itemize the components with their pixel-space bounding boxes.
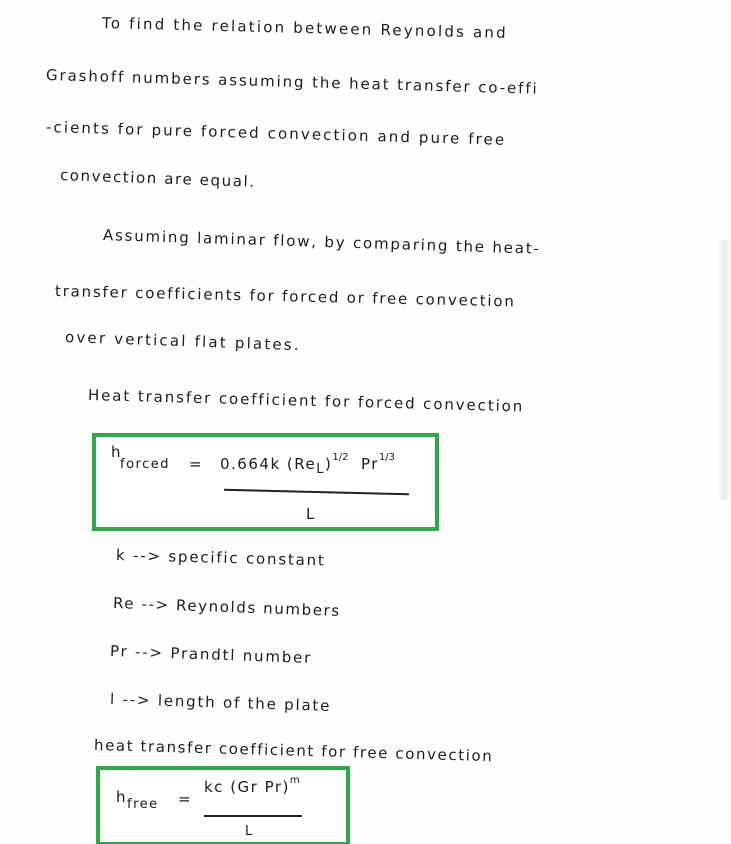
forced-convection-heading: Heat transfer coefficient for forced con… bbox=[88, 386, 525, 415]
free-numerator: kc (Gr Pr)m bbox=[204, 778, 300, 796]
forced-denominator: L bbox=[306, 505, 316, 523]
free-convection-heading: heat transfer coefficient for free conve… bbox=[94, 736, 494, 765]
definition-re: Re --> Reynolds numbers bbox=[113, 594, 341, 620]
free-equals-sign: = bbox=[178, 790, 192, 808]
free-formula-box: hfree = kc (Gr Pr)m L bbox=[96, 766, 350, 844]
paragraph1-line4: convection are equal. bbox=[60, 166, 256, 191]
paragraph2-line2: transfer coefficients for forced or free… bbox=[55, 282, 516, 310]
free-exponent: m bbox=[290, 775, 300, 786]
h-forced-subscript: forced bbox=[120, 457, 170, 472]
paragraph2-line3: over vertical flat plates. bbox=[65, 328, 301, 354]
definition-k: k --> specific constant bbox=[116, 546, 326, 569]
free-fraction-bar bbox=[204, 815, 302, 817]
forced-formula-box: h forced = 0.664k (ReL)1/2 Pr1/3 L bbox=[92, 433, 439, 531]
page-edge-shadow bbox=[718, 240, 731, 500]
forced-fraction-bar bbox=[224, 489, 409, 495]
forced-numerator: 0.664k (ReL)1/2 Pr1/3 bbox=[220, 455, 395, 473]
paragraph2-line1: Assuming laminar flow, by comparing the … bbox=[103, 226, 541, 258]
definition-pr: Pr --> Prandtl number bbox=[110, 642, 313, 667]
paragraph1-line3: -cients for pure forced convection and p… bbox=[46, 118, 507, 149]
paragraph1-line1: To find the relation between Reynolds an… bbox=[102, 14, 508, 42]
re-exponent: 1/2 bbox=[332, 452, 348, 463]
definition-l: l --> length of the plate bbox=[110, 690, 332, 715]
forced-equals-sign: = bbox=[189, 455, 203, 473]
free-denominator: L bbox=[245, 824, 254, 839]
pr-exponent: 1/3 bbox=[379, 452, 395, 463]
h-free-symbol: hfree bbox=[116, 788, 159, 806]
paragraph1-line2: Grashoff numbers assuming the heat trans… bbox=[46, 66, 539, 98]
